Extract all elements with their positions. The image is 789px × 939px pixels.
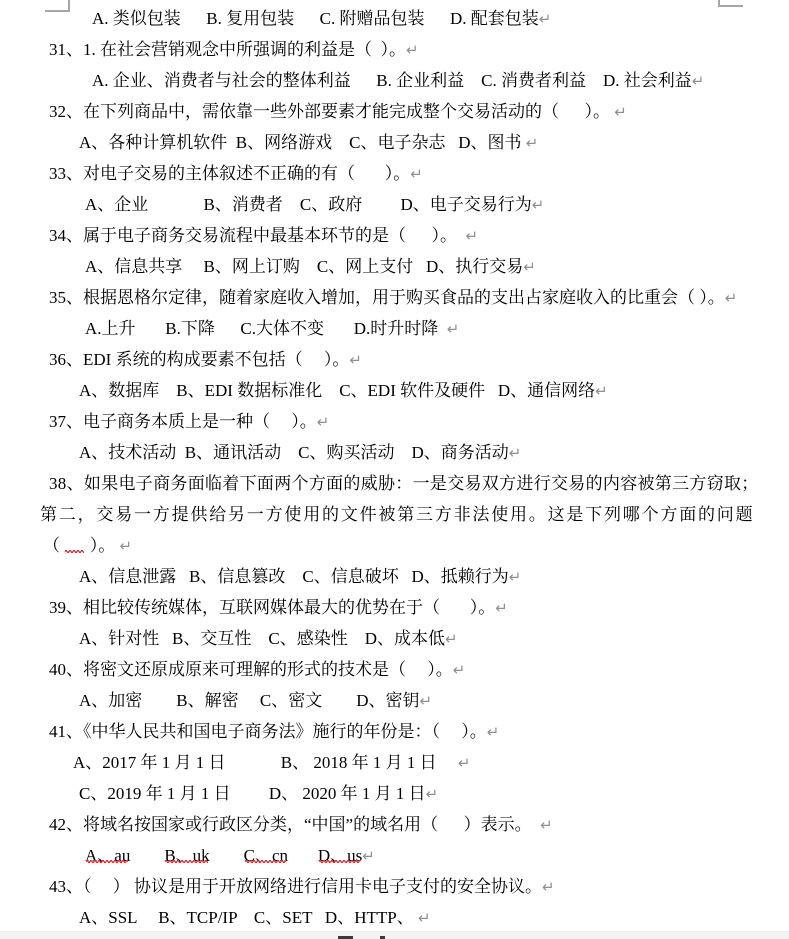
question-38-line3: （ ）。 ↵ [0, 530, 789, 561]
word-document-page: A. 类似包装 B. 复用包装 C. 附赠品包装 D. 配套包装↵31、1. 在… [0, 0, 789, 939]
paragraph-mark-icon: ↵ [317, 413, 330, 431]
options-33: A、企业 B、消费者 C、政府 D、电子交易行为↵ [0, 189, 789, 220]
paragraph-mark-icon: ↵ [487, 723, 500, 741]
paragraph-mark-icon: ↵ [445, 630, 458, 648]
text-segment: 40、将密文还原成原来可理解的形式的技术是（ ）。 [49, 660, 453, 679]
options-42: A、au B、uk C、cn D、us↵ [0, 840, 789, 871]
paragraph-mark-icon: ↵ [595, 382, 608, 400]
question-32: 32、在下列商品中，需依靠一些外部要素才能完成整个交易活动的（ ）。 ↵ [0, 96, 789, 127]
paragraph-mark-icon: ↵ [542, 878, 555, 896]
paragraph-mark-icon: ↵ [418, 909, 431, 927]
paragraph-mark-icon: ↵ [692, 72, 705, 90]
text-segment: 42、将域名按国家或行政区分类，“中国”的域名用（ ）表示。 [49, 815, 540, 834]
options-39: A、针对性 B、交互性 C、感染性 D、成本低↵ [0, 623, 789, 654]
text-segment: 第二，交易一方提供给另一方使用的文件被第三方非法使用。这是下列哪个方面的问题 [40, 505, 754, 524]
paragraph-mark-icon: ↵ [349, 351, 362, 369]
paragraph-mark-icon: ↵ [614, 103, 627, 121]
question-31: 31、1. 在社会营销观念中所强调的利益是（ ）。↵ [0, 34, 789, 65]
spellcheck-squiggle-text: D、us [318, 846, 362, 865]
paragraph-mark-icon: ↵ [426, 785, 439, 803]
text-segment: 33、对电子交易的主体叙述不正确的有（ ）。 [49, 164, 410, 183]
paragraph-mark-icon: ↵ [725, 289, 738, 307]
options-41-ab: A、2017 年 1 月 1 日 B、 2018 年 1 月 1 日 ↵ [0, 747, 789, 778]
document-body: A. 类似包装 B. 复用包装 C. 附赠品包装 D. 配套包装↵31、1. 在… [0, 3, 789, 933]
question-38-line1: 38、如果电子商务面临着下面两个方面的威胁：一是交易双方进行交易的内容被第三方窃… [0, 468, 789, 499]
question-33: 33、对电子交易的主体叙述不正确的有（ ）。↵ [0, 158, 789, 189]
paragraph-mark-icon: ↵ [419, 692, 432, 710]
paragraph-mark-icon: ↵ [453, 661, 466, 679]
text-segment: 38、如果电子商务面临着下面两个方面的威胁：一是交易双方进行交易的内容被第三方窃… [49, 474, 759, 493]
text-segment: A、企业 B、消费者 C、政府 D、电子交易行为 [85, 195, 532, 214]
question-37: 37、电子商务本质上是一种（ ）。↵ [0, 406, 789, 437]
question-42: 42、将域名按国家或行政区分类，“中国”的域名用（ ）表示。 ↵ [0, 809, 789, 840]
paragraph-mark-icon: ↵ [532, 196, 545, 214]
text-segment: A. 类似包装 B. 复用包装 C. 附赠品包装 D. 配套包装 [92, 9, 539, 28]
paragraph-mark-icon: ↵ [458, 754, 471, 772]
question-38-line2: 第二，交易一方提供给另一方使用的文件被第三方非法使用。这是下列哪个方面的问题 [0, 499, 789, 530]
options-34: A、信息共享 B、网上订购 C、网上支付 D、执行交易↵ [0, 251, 789, 282]
text-segment: 41、《中华人民共和国电子商务法》施行的年份是：（ ）。 [49, 722, 487, 741]
text-segment: 43、（ ） 协议是用于开放网络进行信用卡电子支付的安全协议。 [49, 877, 542, 896]
text-segment: A. 企业、消费者与社会的整体利益 B. 企业利益 C. 消费者利益 D. 社会… [92, 71, 692, 90]
question-43: 43、（ ） 协议是用于开放网络进行信用卡电子支付的安全协议。↵ [0, 871, 789, 902]
text-segment: A.上升 B.下降 C.大体不变 D.时升时降 [85, 319, 447, 338]
text-segment: A、加密 B、解密 C、密文 D、密钥 [79, 691, 419, 710]
options-40: A、加密 B、解密 C、密文 D、密钥↵ [0, 685, 789, 716]
text-segment [288, 846, 318, 865]
text-segment: 36、EDI 系统的构成要素不包括（ ）。 [49, 350, 349, 369]
options-35: A.上升 B.下降 C.大体不变 D.时升时降 ↵ [0, 313, 789, 344]
paragraph-mark-icon: ↵ [509, 444, 522, 462]
text-segment: A、针对性 B、交互性 C、感染性 D、成本低 [79, 629, 445, 648]
paragraph-mark-icon: ↵ [495, 599, 508, 617]
options-30: A. 类似包装 B. 复用包装 C. 附赠品包装 D. 配套包装↵ [0, 3, 789, 34]
paragraph-mark-icon: ↵ [447, 320, 460, 338]
options-38: A、信息泄露 B、信息篡改 C、信息破坏 D、抵赖行为↵ [0, 561, 789, 592]
paragraph-mark-icon: ↵ [410, 165, 423, 183]
text-segment: C、2019 年 1 月 1 日 D、 2020 年 1 月 1 日 [79, 784, 426, 803]
text-segment: 32、在下列商品中，需依靠一些外部要素才能完成整个交易活动的（ ）。 [49, 102, 614, 121]
options-32: A、各种计算机软件 B、网络游戏 C、电子杂志 D、图书 ↵ [0, 127, 789, 158]
spellcheck-squiggle-text: C、cn [244, 846, 288, 865]
question-40: 40、将密文还原成原来可理解的形式的技术是（ ）。↵ [0, 654, 789, 685]
options-36: A、数据库 B、EDI 数据标准化 C、EDI 软件及硬件 D、通信网络↵ [0, 375, 789, 406]
text-segment [130, 846, 164, 865]
paragraph-mark-icon: ↵ [509, 568, 522, 586]
question-36: 36、EDI 系统的构成要素不包括（ ）。↵ [0, 344, 789, 375]
text-segment: （ [43, 536, 64, 555]
paragraph-mark-icon: ↵ [526, 134, 539, 152]
text-segment: A、信息泄露 B、信息篡改 C、信息破坏 D、抵赖行为 [79, 567, 509, 586]
text-segment: A、数据库 B、EDI 数据标准化 C、EDI 软件及硬件 D、通信网络 [79, 381, 595, 400]
text-segment: 39、相比较传统媒体，互联网媒体最大的优势在于（ ）。 [49, 598, 495, 617]
paragraph-mark-icon: ↵ [466, 227, 479, 245]
text-segment: A、技术活动 B、通讯活动 C、购买活动 D、商务活动 [79, 443, 509, 462]
text-segment: 34、属于电子商务交易流程中最基本环节的是（ ）。 [49, 226, 466, 245]
text-segment: A、SSL B、TCP/IP C、SET D、HTTP、 [79, 908, 418, 927]
options-43: A、SSL B、TCP/IP C、SET D、HTTP、 ↵ [0, 902, 789, 933]
text-segment: 31、1. 在社会营销观念中所强调的利益是（ ）。 [49, 40, 406, 59]
text-segment: 37、电子商务本质上是一种（ ）。 [49, 412, 317, 431]
paragraph-mark-icon: ↵ [120, 537, 133, 555]
question-41: 41、《中华人民共和国电子商务法》施行的年份是：（ ）。↵ [0, 716, 789, 747]
options-31: A. 企业、消费者与社会的整体利益 B. 企业利益 C. 消费者利益 D. 社会… [0, 65, 789, 96]
text-segment: A、各种计算机软件 B、网络游戏 C、电子杂志 D、图书 [79, 133, 526, 152]
text-segment [210, 846, 244, 865]
paragraph-mark-icon: ↵ [523, 258, 536, 276]
paragraph-mark-icon: ↵ [406, 41, 419, 59]
question-34: 34、属于电子商务交易流程中最基本环节的是（ ）。 ↵ [0, 220, 789, 251]
paragraph-mark-icon: ↵ [540, 816, 553, 834]
question-35: 35、根据恩格尔定律，随着家庭收入增加，用于购买食品的支出占家庭收入的比重会（ … [0, 282, 789, 313]
question-39: 39、相比较传统媒体，互联网媒体最大的优势在于（ ）。↵ [0, 592, 789, 623]
spellcheck-squiggle-text [64, 536, 85, 555]
text-segment: A、2017 年 1 月 1 日 B、 2018 年 1 月 1 日 [73, 753, 458, 772]
page-break-gap [0, 931, 789, 939]
options-37: A、技术活动 B、通讯活动 C、购买活动 D、商务活动↵ [0, 437, 789, 468]
spellcheck-squiggle-text: B、uk [164, 846, 209, 865]
text-segment: 35、根据恩格尔定律，随着家庭收入增加，用于购买食品的支出占家庭收入的比重会（ … [49, 288, 725, 307]
paragraph-mark-icon: ↵ [539, 10, 552, 28]
options-41-cd: C、2019 年 1 月 1 日 D、 2020 年 1 月 1 日↵ [0, 778, 789, 809]
spellcheck-squiggle-text: A、au [85, 846, 130, 865]
paragraph-mark-icon: ↵ [362, 847, 375, 865]
text-segment: ）。 [86, 536, 120, 555]
text-segment: A、信息共享 B、网上订购 C、网上支付 D、执行交易 [85, 257, 523, 276]
